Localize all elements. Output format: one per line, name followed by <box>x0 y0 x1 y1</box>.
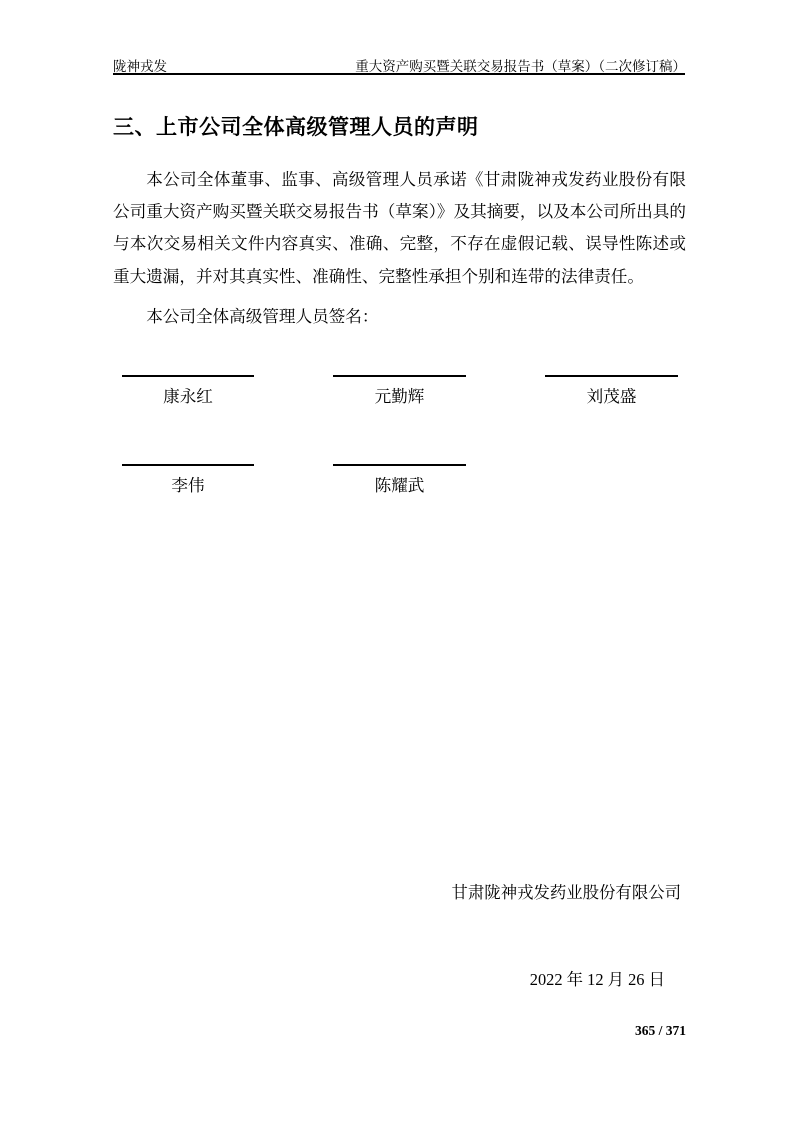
signature-date: 2022 年 12 月 26 日 <box>530 966 665 990</box>
signature-heading: 本公司全体高级管理人员签名： <box>113 303 379 327</box>
signature-block: 陈耀武 <box>333 464 466 496</box>
signature-row-2: 李伟 陈耀武 <box>122 464 678 508</box>
signature-block: 刘茂盛 <box>545 375 678 407</box>
section-title: 三、上市公司全体高级管理人员的声明 <box>113 111 479 141</box>
company-name: 甘肃陇神戎发药业股份有限公司 <box>452 879 681 903</box>
signature-block: 康永红 <box>122 375 254 407</box>
signature-row-1: 康永红 元勤辉 刘茂盛 <box>122 375 678 419</box>
header-divider <box>113 73 685 75</box>
header-report-title: 重大资产购买暨关联交易报告书（草案）（二次修订稿） <box>355 55 686 75</box>
signature-block: 元勤辉 <box>333 375 466 407</box>
declaration-paragraph: 本公司全体董事、监事、高级管理人员承诺《甘肃陇神戎发药业股份有限公司重大资产购买… <box>113 164 686 294</box>
page-number: 365 / 371 <box>635 1023 686 1039</box>
header-short-title: 陇神戎发 <box>113 55 167 75</box>
signature-block: 李伟 <box>122 464 254 496</box>
document-page: 陇神戎发 重大资产购买暨关联交易报告书（草案）（二次修订稿） 三、上市公司全体高… <box>0 0 793 1122</box>
